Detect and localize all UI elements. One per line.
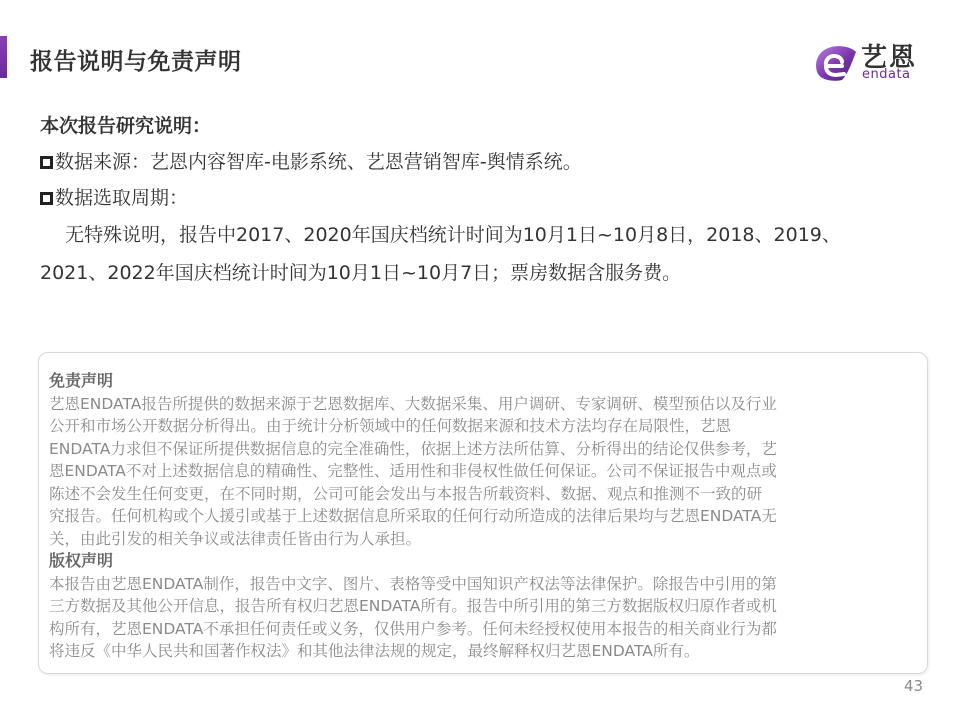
period-line-2: 2021、2022年国庆档统计时间为10月1日~10月7日；票房数据含服务费。: [40, 254, 920, 292]
disclaimer-line: 公开和市场公开数据分析得出。由于统计分析领域中的任何数据来源和技术方法均存在局限…: [49, 415, 925, 438]
page-title: 报告说明与免责声明: [30, 43, 242, 76]
disclaimer-line: 恩ENDATA不对上述数据信息的精确性、完整性、适用性和非侵权性做任何保证。公司…: [49, 460, 925, 483]
disclaimer-title: 免责声明: [49, 370, 925, 393]
page-number: 43: [904, 677, 923, 695]
disclaimer-line: 关，由此引发的相关争议或法律责任皆由行为人承担。: [49, 528, 925, 551]
period-description: 无特殊说明，报告中2017、2020年国庆档统计时间为10月1日~10月8日，2…: [40, 216, 920, 292]
disclaimer-line: ENDATA力求但不保证所提供数据信息的完全准确性，依据上述方法所估算、分析得出…: [49, 438, 925, 461]
endata-e-logo-icon: [812, 44, 858, 82]
title-accent-bar: [0, 36, 7, 78]
square-bullet-icon: [40, 192, 53, 205]
period-line-1: 无特殊说明，报告中2017、2020年国庆档统计时间为10月1日~10月8日，2…: [40, 216, 920, 254]
logo-english-text: endata: [862, 67, 911, 82]
disclaimer-line: 究报告。任何机构或个人援引或基于上述数据信息所采取的任何行动所造成的法律后果均与…: [49, 505, 925, 528]
study-notes-heading: 本次报告研究说明：: [40, 108, 920, 144]
endata-logo: 艺恩 endata: [812, 40, 927, 84]
data-source-text: 数据来源：艺恩内容智库-电影系统、艺恩营销智库-舆情系统。: [55, 151, 582, 173]
disclaimer-line: 艺恩ENDATA报告所提供的数据来源于艺恩数据库、大数据采集、用户调研、专家调研…: [49, 393, 925, 416]
study-notes-section: 本次报告研究说明： 数据来源：艺恩内容智库-电影系统、艺恩营销智库-舆情系统。 …: [40, 108, 920, 292]
disclaimer-box: 免责声明 艺恩ENDATA报告所提供的数据来源于艺恩数据库、大数据采集、用户调研…: [38, 352, 928, 674]
data-source-item: 数据来源：艺恩内容智库-电影系统、艺恩营销智库-舆情系统。: [40, 144, 920, 180]
data-period-text: 数据选取周期：: [55, 187, 188, 209]
copyright-line: 构所有，艺恩ENDATA不承担任何责任或义务，仅供用户参考。任何未经授权使用本报…: [49, 618, 925, 641]
square-bullet-icon: [40, 156, 53, 169]
copyright-line: 三方数据及其他公开信息，报告所有权归艺恩ENDATA所有。报告中所引用的第三方数…: [49, 595, 925, 618]
disclaimer-line: 陈述不会发生任何变更，在不同时期，公司可能会发出与本报告所载资料、数据、观点和推…: [49, 483, 925, 506]
data-period-item: 数据选取周期：: [40, 180, 920, 216]
copyright-title: 版权声明: [49, 550, 925, 573]
disclaimer-content: 免责声明 艺恩ENDATA报告所提供的数据来源于艺恩数据库、大数据采集、用户调研…: [49, 370, 925, 663]
copyright-line: 将违反《中华人民共和国著作权法》和其他法律法规的规定，最终解释权归艺恩ENDAT…: [49, 640, 925, 663]
copyright-line: 本报告由艺恩ENDATA制作，报告中文字、图片、表格等受中国知识产权法等法律保护…: [49, 573, 925, 596]
